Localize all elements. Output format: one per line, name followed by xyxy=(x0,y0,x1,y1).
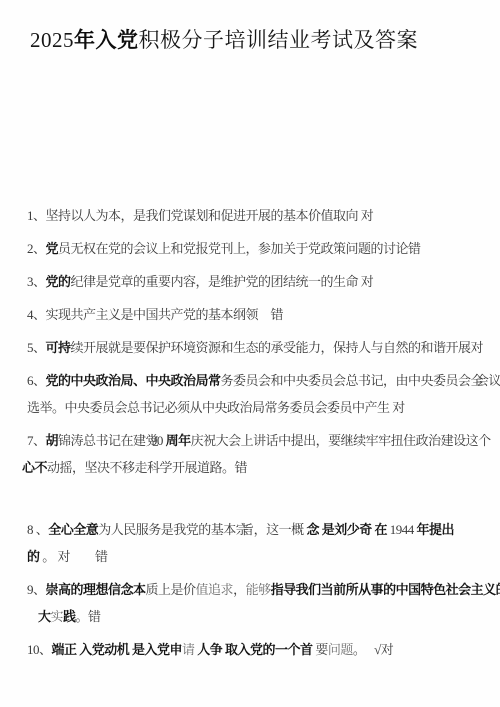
text-run: 全心全意 xyxy=(48,522,98,537)
text-run: 问题 xyxy=(328,642,353,657)
text-run: 为人民服务是我党的基本宗 xyxy=(98,522,248,537)
text-run: 党的 xyxy=(46,274,71,289)
question-line: 心不动摇，坚决不移走科学开展道路。错 xyxy=(22,454,500,481)
text-run: 年入党 xyxy=(74,28,139,52)
page-title: 2025年入党积极分子培训结业考试及答案 xyxy=(0,0,500,54)
text-run: 党的中央政治局、中央政治局常 xyxy=(46,373,221,388)
question-line: 选举。中央委员会总书记必须从中央政治局常务委员会委员中产生 对 xyxy=(27,394,500,421)
text-run: 大 xyxy=(38,609,51,624)
text-run: 。错 xyxy=(76,609,101,624)
text-run: ， xyxy=(233,582,246,597)
text-run: 90 xyxy=(151,433,163,448)
question-line: 8 、全心全意为人民服务是我党的基本宗旨，这一概 念 是刘少奇 在 1944 年… xyxy=(27,516,500,543)
text-run: 庆祝大会上讲话中提出，要继续牢牢扭住政治建设这个 xyxy=(191,433,491,448)
text-run: 值追求 xyxy=(196,582,234,597)
text-run: 锦涛总书记在建党 xyxy=(58,433,158,448)
text-run: 4、实现共产主义是中国共产党的基本纲领 错 xyxy=(27,307,283,322)
text-run: 8 、 xyxy=(27,522,48,537)
text-run: 员无权在党的会议上和党报党刊上，参加关于党政策问题的讨论错 xyxy=(58,241,421,256)
document-page: 2025年入党积极分子培训结业考试及答案 1、坚持以人为本，是我们党谋划和促进开… xyxy=(0,0,500,707)
text-run: 周年 xyxy=(166,433,191,448)
question: 8 、全心全意为人民服务是我党的基本宗旨，这一概 念 是刘少奇 在 1944 年… xyxy=(27,516,500,570)
question-line: 5、可持续开展就是要保护环境资源和生态的承受能力，保持人与自然的和谐开展对 xyxy=(27,334,500,361)
text-run: 人争 取入党的一个首 xyxy=(197,642,312,657)
question: 2、党员无权在党的会议上和党报党刊上，参加关于党政策问题的讨论错 xyxy=(27,235,500,262)
text-run: 3、 xyxy=(27,274,46,289)
text-run: 务委员会和中央委员会总书记，由中央委员会全 xyxy=(221,373,484,388)
text-run: 践 xyxy=(63,609,76,624)
text-run: 胡 xyxy=(46,433,59,448)
question: 5、可持续开展就是要保护环境资源和生态的承受能力，保持人与自然的和谐开展对 xyxy=(27,334,500,361)
text-run: 质上是价 xyxy=(146,582,196,597)
question-line: 7、胡锦涛总书记在建党90 周年庆祝大会上讲话中提出，要继续牢牢扭住政治建设这个 xyxy=(27,427,500,454)
question: 9、崇高的理想信念本质上是价值追求，能够指导我们当前所从事的中国特色社会主义的伟… xyxy=(27,576,500,630)
question: 3、党的纪律是党章的重要内容，是维护党的团结统一的生命 对 xyxy=(27,268,500,295)
question-line: 10、端正 入党动机 是入党申请 人争 取入党的一个首 要问题。 √对 xyxy=(27,636,500,663)
text-run: 1944 xyxy=(387,522,417,537)
question: 4、实现共产主义是中国共产党的基本纲领 错 xyxy=(27,301,500,328)
text-run: 。 对 错 xyxy=(40,549,108,564)
text-run: 能够 xyxy=(246,582,271,597)
question: 10、端正 入党动机 是入党申请 人争 取入党的一个首 要问题。 √对 xyxy=(27,636,500,663)
text-run: 实 xyxy=(51,609,64,624)
text-run: 2025 xyxy=(30,28,74,52)
text-run: 念 xyxy=(306,522,319,537)
text-run: 5、 xyxy=(27,340,46,355)
text-run: 端正 入党动机 是入党申 xyxy=(52,642,183,657)
text-run: 可持 xyxy=(46,340,71,355)
question-line: 1、坚持以人为本，是我们党谋划和促进开展的基本价值取向 对 xyxy=(27,202,500,229)
text-run: 旨 xyxy=(241,522,254,537)
text-run: 指导我们当前所从事的中国特色社会主义的伟 xyxy=(271,582,500,597)
text-run: 1、坚持以人为本，是我们党谋划和促进开展的基本价值取向 对 xyxy=(27,208,373,223)
text-run: ，这一概 xyxy=(254,522,307,537)
text-run: 的 xyxy=(27,549,40,564)
text-run: 7、 xyxy=(27,433,46,448)
question-line: 2、党员无权在党的会议上和党报党刊上，参加关于党政策问题的讨论错 xyxy=(27,235,500,262)
text-run: 积极分子培训结业考试及答案 xyxy=(139,28,419,52)
text-run: 2、 xyxy=(27,241,46,256)
question: 6、党的中央政治局、中央政治局常务委员会和中央委员会总书记，由中央委员会全会议选… xyxy=(27,367,500,421)
text-run: 9、 xyxy=(27,582,46,597)
text-run: 6、 xyxy=(27,373,46,388)
text-run: 动摇，坚决不移走科学开展道路。错 xyxy=(47,460,247,475)
text-run: 会议 xyxy=(476,373,500,388)
text-run: 续开展就是要保护环境资源和生态的承受能力，保持人与自然的和谐开展对 xyxy=(71,340,484,355)
text-run: 崇高的理想信念本 xyxy=(46,582,146,597)
text-run: 年提出 xyxy=(416,522,454,537)
question-line: 6、党的中央政治局、中央政治局常务委员会和中央委员会总书记，由中央委员会全会议 xyxy=(27,367,500,394)
question-list: 1、坚持以人为本，是我们党谋划和促进开展的基本价值取向 对2、党员无权在党的会议… xyxy=(27,202,500,663)
question-line: 4、实现共产主义是中国共产党的基本纲领 错 xyxy=(27,301,500,328)
text-run: 。 √对 xyxy=(353,642,393,657)
text-run: 党 xyxy=(46,241,59,256)
question: 1、坚持以人为本，是我们党谋划和促进开展的基本价值取向 对 xyxy=(27,202,500,229)
question-line: 3、党的纪律是党章的重要内容，是维护党的团结统一的生命 对 xyxy=(27,268,500,295)
text-run: 请 xyxy=(182,642,195,657)
text-run: 选举。中央委员会总书记必须从中央政治局常务委员会委员中产生 对 xyxy=(27,400,405,415)
text-run: 纪律是党章的重要内容，是维护党的团结统一的生命 对 xyxy=(71,274,374,289)
question-line: 的 。 对 错 xyxy=(27,543,500,570)
question-line: 9、崇高的理想信念本质上是价值追求，能够指导我们当前所从事的中国特色社会主义的伟 xyxy=(27,576,500,603)
question: 7、胡锦涛总书记在建党90 周年庆祝大会上讲话中提出，要继续牢牢扭住政治建设这个… xyxy=(27,427,500,481)
text-run: 10、 xyxy=(27,642,52,657)
text-run: 心不 xyxy=(22,460,47,475)
text-run: 要 xyxy=(313,642,328,657)
question-line: 大实践。错 xyxy=(38,603,500,630)
text-run: 是刘少奇 在 xyxy=(322,522,387,537)
